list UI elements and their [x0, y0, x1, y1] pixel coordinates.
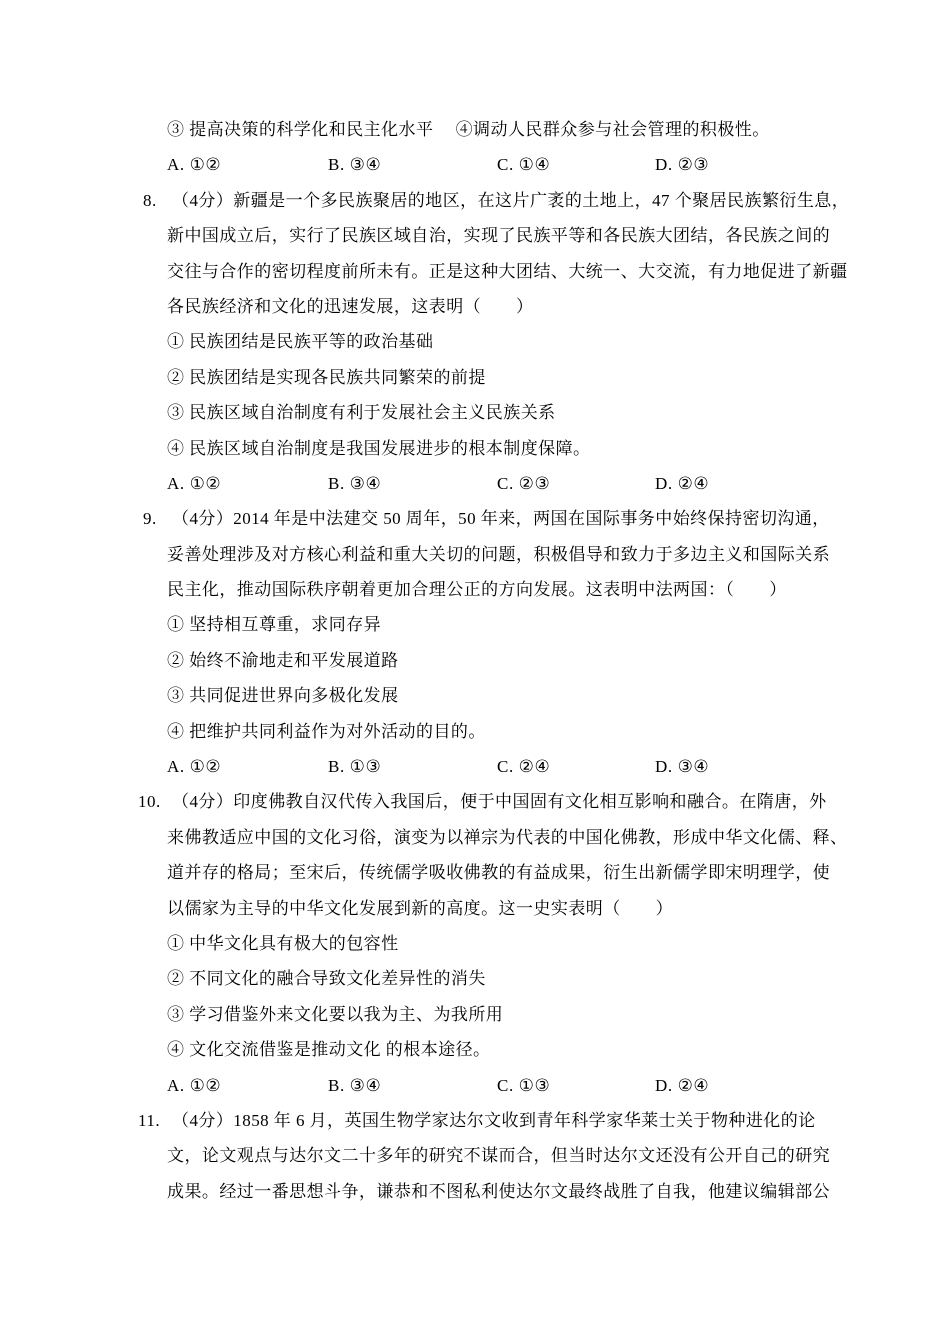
options-row: A. ①②B. ①③C. ②④D. ③④ [167, 749, 837, 784]
line-text: ④ 把维护共同利益作为对外活动的目的。 [167, 722, 486, 741]
option-a: A. ①② [167, 466, 221, 501]
line-text: （4分）1858 年 6 月，英国生物学家达尔文收到青年科学家华莱士关于物种进化… [172, 1103, 816, 1138]
question-first-line: 8.（4分）新疆是一个多民族聚居的地区，在这片广袤的土地上，47 个聚居民族繁衍… [167, 183, 837, 218]
option-c: C. ②③ [497, 466, 550, 501]
option-c: C. ②④ [497, 749, 550, 784]
options-row: A. ①②B. ③④C. ②③D. ②④ [167, 466, 837, 501]
text-line: ② 不同文化的融合导致文化差异性的消失 [167, 961, 837, 996]
option-d: D. ③④ [655, 749, 709, 784]
line-text: 交往与合作的密切程度前所未有。正是这种大团结、大统一、大交流，有力地促进了新疆 [167, 262, 848, 281]
line-text: （4分）2014 年是中法建交 50 周年，50 年来，两国在国际事务中始终保持… [172, 501, 830, 536]
question-number: 11. [138, 1103, 160, 1138]
line-text: ① 中华文化具有极大的包容性 [167, 934, 399, 953]
option-c: C. ①③ [497, 1068, 550, 1103]
text-line: ③ 提高决策的科学化和民主化水平 ④调动人民群众参与社会管理的积极性。 [167, 112, 837, 147]
line-text: ④ 文化交流借鉴是推动文化 的根本途径。 [167, 1040, 491, 1059]
text-line: 文，论文观点与达尔文二十多年的研究不谋而合，但当时达尔文还没有公开自己的研究 [167, 1138, 837, 1173]
option-b: B. ③④ [328, 1068, 381, 1103]
text-line: ③ 学习借鉴外来文化要以我为主、为我所用 [167, 997, 837, 1032]
option-d: D. ②④ [655, 1068, 709, 1103]
line-text: ④ 民族区域自治制度是我国发展进步的根本制度保障。 [167, 439, 591, 458]
option-a: A. ①② [167, 749, 221, 784]
options-row: A. ①②B. ③④C. ①④D. ②③ [167, 147, 837, 182]
line-text: ① 坚持相互尊重，求同存异 [167, 615, 381, 634]
text-line: 各民族经济和文化的迅速发展，这表明（ ） [167, 289, 837, 324]
text-line: ④ 民族区域自治制度是我国发展进步的根本制度保障。 [167, 431, 837, 466]
line-text: ① 民族团结是民族平等的政治基础 [167, 332, 433, 351]
line-text: ③ 提高决策的科学化和民主化水平 ④调动人民群众参与社会管理的积极性。 [167, 120, 770, 139]
text-line: 成果。经过一番思想斗争，谦恭和不图私利使达尔文最终战胜了自我，他建议编辑部公 [167, 1174, 837, 1209]
option-a: A. ①② [167, 1068, 221, 1103]
text-line: ② 始终不渝地走和平发展道路 [167, 643, 837, 678]
line-text: ② 民族团结是实现各民族共同繁荣的前提 [167, 368, 486, 387]
line-text: 妥善处理涉及对方核心利益和重大关切的问题，积极倡导和致力于多边主义和国际关系 [167, 545, 830, 564]
text-line: 道并存的格局；至宋后，传统儒学吸收佛教的有益成果，衍生出新儒学即宋明理学，使 [167, 855, 837, 890]
text-line: ③ 共同促进世界向多极化发展 [167, 678, 837, 713]
line-text: ③ 共同促进世界向多极化发展 [167, 686, 399, 705]
option-c: C. ①④ [497, 147, 550, 182]
question-first-line: 9.（4分）2014 年是中法建交 50 周年，50 年来，两国在国际事务中始终… [167, 501, 837, 536]
line-text: 文，论文观点与达尔文二十多年的研究不谋而合，但当时达尔文还没有公开自己的研究 [167, 1146, 830, 1165]
line-text: ③ 民族区域自治制度有利于发展社会主义民族关系 [167, 403, 556, 422]
question-first-line: 11.（4分）1858 年 6 月，英国生物学家达尔文收到青年科学家华莱士关于物… [167, 1103, 837, 1138]
line-text: 新中国成立后，实行了民族区域自治，实现了民族平等和各民族大团结，各民族之间的 [167, 226, 830, 245]
line-text: ③ 学习借鉴外来文化要以我为主、为我所用 [167, 1005, 503, 1024]
line-text: （4分）印度佛教自汉代传入我国后，便于中国固有文化相互影响和融合。在隋唐，外 [172, 784, 827, 819]
line-text: 道并存的格局；至宋后，传统儒学吸收佛教的有益成果，衍生出新儒学即宋明理学，使 [167, 863, 830, 882]
option-b: B. ③④ [328, 147, 381, 182]
text-line: 新中国成立后，实行了民族区域自治，实现了民族平等和各民族大团结，各民族之间的 [167, 218, 837, 253]
option-b: B. ③④ [328, 466, 381, 501]
line-text: （4分）新疆是一个多民族聚居的地区，在这片广袤的土地上，47 个聚居民族繁衍生息… [172, 183, 849, 218]
option-d: D. ②③ [655, 147, 709, 182]
text-line: 交往与合作的密切程度前所未有。正是这种大团结、大统一、大交流，有力地促进了新疆 [167, 254, 837, 289]
option-b: B. ①③ [328, 749, 381, 784]
question-first-line: 10.（4分）印度佛教自汉代传入我国后，便于中国固有文化相互影响和融合。在隋唐，… [167, 784, 837, 819]
question-number: 10. [138, 784, 161, 819]
text-line: ② 民族团结是实现各民族共同繁荣的前提 [167, 360, 837, 395]
line-text: 以儒家为主导的中华文化发展到新的高度。这一史实表明（ ） [167, 899, 673, 918]
text-line: 以儒家为主导的中华文化发展到新的高度。这一史实表明（ ） [167, 891, 837, 926]
option-a: A. ①② [167, 147, 221, 182]
text-line: 民主化，推动国际秩序朝着更加合理公正的方向发展。这表明中法两国：（ ） [167, 572, 837, 607]
options-row: A. ①②B. ③④C. ①③D. ②④ [167, 1068, 837, 1103]
line-text: 民主化，推动国际秩序朝着更加合理公正的方向发展。这表明中法两国：（ ） [167, 580, 787, 599]
text-line: ① 坚持相互尊重，求同存异 [167, 607, 837, 642]
option-d: D. ②④ [655, 466, 709, 501]
line-text: ② 不同文化的融合导致文化差异性的消失 [167, 969, 486, 988]
line-text: ② 始终不渝地走和平发展道路 [167, 651, 399, 670]
line-text: 各民族经济和文化的迅速发展，这表明（ ） [167, 297, 533, 316]
text-line: ① 中华文化具有极大的包容性 [167, 926, 837, 961]
line-text: 来佛教适应中国的文化习俗，演变为以禅宗为代表的中国化佛教，形成中华文化儒、释、 [167, 828, 848, 847]
text-line: 来佛教适应中国的文化习俗，演变为以禅宗为代表的中国化佛教，形成中华文化儒、释、 [167, 820, 837, 855]
exam-content: ③ 提高决策的科学化和民主化水平 ④调动人民群众参与社会管理的积极性。A. ①②… [167, 112, 837, 1209]
line-text: 成果。经过一番思想斗争，谦恭和不图私利使达尔文最终战胜了自我，他建议编辑部公 [167, 1182, 830, 1201]
text-line: 妥善处理涉及对方核心利益和重大关切的问题，积极倡导和致力于多边主义和国际关系 [167, 537, 837, 572]
text-line: ③ 民族区域自治制度有利于发展社会主义民族关系 [167, 395, 837, 430]
question-number: 8. [143, 183, 157, 218]
exam-page: ③ 提高决策的科学化和民主化水平 ④调动人民群众参与社会管理的积极性。A. ①②… [0, 0, 950, 1344]
text-line: ① 民族团结是民族平等的政治基础 [167, 324, 837, 359]
text-line: ④ 文化交流借鉴是推动文化 的根本途径。 [167, 1032, 837, 1067]
question-number: 9. [143, 501, 157, 536]
text-line: ④ 把维护共同利益作为对外活动的目的。 [167, 714, 837, 749]
